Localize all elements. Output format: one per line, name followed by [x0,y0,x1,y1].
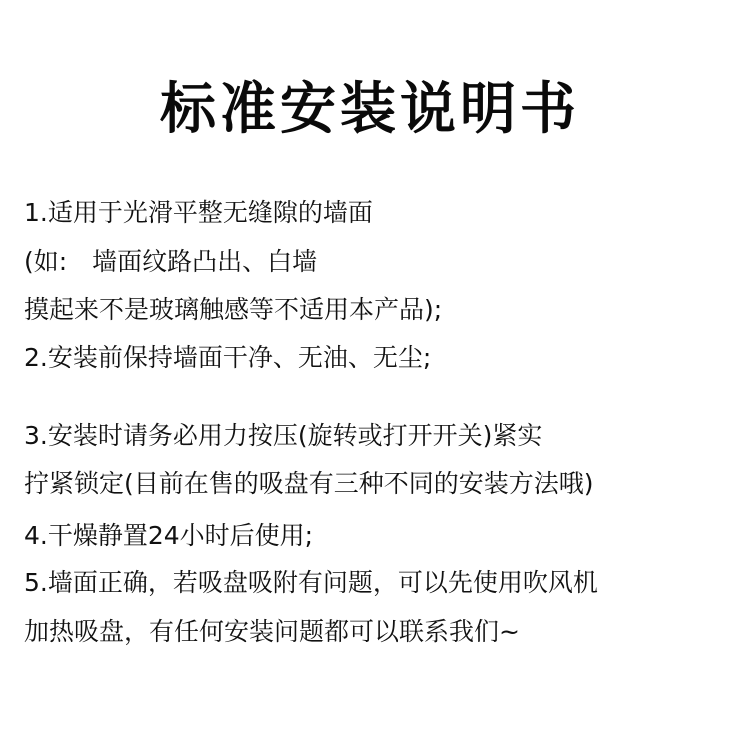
instruction-line-1-note: (如: 墙面纹路凸出、白墙 [24,245,317,279]
instruction-line-1-note-cont: 摸起来不是玻璃触感等不适用本产品); [24,293,442,327]
instruction-line-2: 2.安装前保持墙面干净、无油、无尘; [24,341,431,375]
instruction-line-5-cont: 加热吸盘，有任何安装问题都可以联系我们~ [24,615,520,649]
page-title: 标准安装说明书 [0,72,740,148]
instruction-line-3: 3.安装时请务必用力按压(旋转或打开开关)紧实 [24,419,542,453]
instruction-line-4: 4.干燥静置24小时后使用; [24,519,313,553]
instruction-line-3-cont: 拧紧锁定(目前在售的吸盘有三种不同的安装方法哦) [24,467,594,501]
instruction-line-1: 1.适用于光滑平整无缝隙的墙面 [24,196,373,230]
instruction-line-5: 5.墙面正确，若吸盘吸附有问题，可以先使用吹风机 [24,566,598,600]
